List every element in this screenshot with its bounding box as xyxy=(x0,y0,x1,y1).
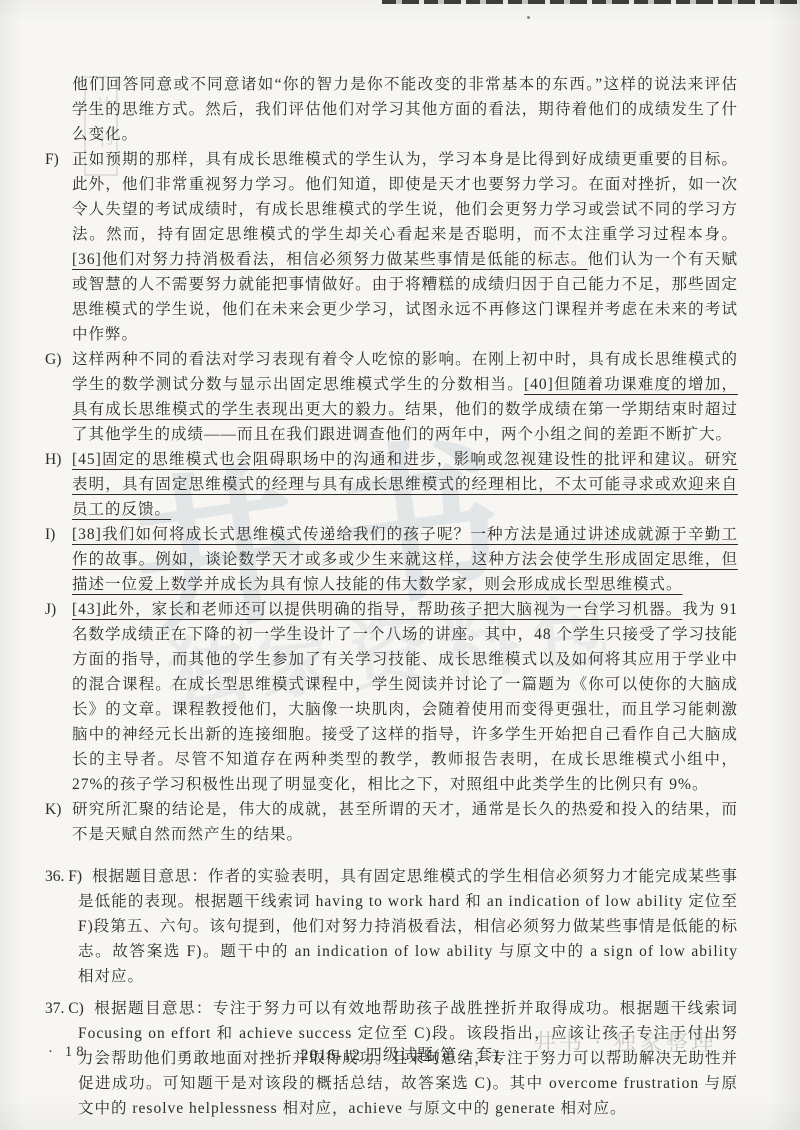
paragraph-label: I) xyxy=(45,522,72,547)
passage-translation-section: 他们回答同意或不同意诸如“你的智力是你不能改变的非常基本的东西。”这样的说法来评… xyxy=(45,72,738,847)
page-footer: · 18 · 2016-12 四级试题(第 2 套) xyxy=(0,1042,800,1066)
answer-explanations-section: 36. F)根据题目意思：作者的实验表明，具有固定思维模式的学生相信必须努力才能… xyxy=(45,864,738,1121)
paragraph-label: H) xyxy=(45,447,72,472)
scanned-exam-page: 井书 井书 独家资料包 井书 · 独家整理 他们回答同意或不同意诸如“你的智力是… xyxy=(0,0,800,1130)
paragraph: 他们回答同意或不同意诸如“你的智力是你不能改变的非常基本的东西。”这样的说法来评… xyxy=(45,72,738,147)
body-text: 研究所汇聚的结论是，伟大的成就，甚至所谓的天才，通常是长久的热爱和投入的结果，而… xyxy=(72,801,738,843)
underlined-text: [43]此外，家长和老师还可以提供明确的指导，帮助孩子把大脑视为一台学习机器。 xyxy=(72,601,682,618)
paragraph-label: F) xyxy=(45,147,72,172)
paragraph-label: G) xyxy=(45,347,72,372)
paragraph: K)研究所汇聚的结论是，伟大的成就，甚至所谓的天才，通常是长久的热爱和投入的结果… xyxy=(45,797,738,847)
page-content: 他们回答同意或不同意诸如“你的智力是你不能改变的非常基本的东西。”这样的说法来评… xyxy=(45,72,738,1121)
underlined-text: [45]固定的思维模式也会阻碍职场中的沟通和进步，影响或忽视建设性的批评和建议。… xyxy=(72,451,738,518)
paragraph-label: 36. F) xyxy=(45,864,92,889)
paragraph-label: K) xyxy=(45,797,72,822)
paragraph: F)正如预期的那样，具有成长思维模式的学生认为，学习本身是比得到好成绩更重要的目… xyxy=(45,147,738,347)
footer-title: 2016-12 四级试题(第 2 套) xyxy=(0,1042,800,1065)
scan-artifact-speck xyxy=(527,16,530,19)
paragraph: J)[43]此外，家长和老师还可以提供明确的指导，帮助孩子把大脑视为一台学习机器… xyxy=(45,597,738,797)
paragraph: G)这样两种不同的看法对学习表现有着令人吃惊的影响。在刚上初中时，具有成长思维模… xyxy=(45,347,738,447)
body-text: 根据题目意思：作者的实验表明，具有固定思维模式的学生相信必须努力才能完成某些事是… xyxy=(78,868,738,985)
paragraph: H)[45]固定的思维模式也会阻碍职场中的沟通和进步，影响或忽视建设性的批评和建… xyxy=(45,447,738,522)
paragraph-label: 37. C) xyxy=(45,996,94,1021)
scan-artifact-top-edge xyxy=(382,0,800,4)
paragraph: I)[38]我们如何将成长式思维模式传递给我们的孩子呢？一种方法是通过讲述成就源… xyxy=(45,522,738,597)
body-text: 他们回答同意或不同意诸如“你的智力是你不能改变的非常基本的东西。”这样的说法来评… xyxy=(72,76,738,143)
body-text: 我为 91 名数学成绩正在下降的初一学生设计了一个八场的讲座。其中，48 个学生… xyxy=(72,601,738,793)
underlined-text: [36]他们对努力持消极看法，相信必须努力做某些事情是低能的标志。 xyxy=(72,251,588,268)
paragraph-label: J) xyxy=(45,597,72,622)
paragraph: 36. F)根据题目意思：作者的实验表明，具有固定思维模式的学生相信必须努力才能… xyxy=(45,864,738,989)
underlined-text: [38]我们如何将成长式思维模式传递给我们的孩子呢？一种方法是通过讲述成就源于辛… xyxy=(72,526,738,593)
body-text: 正如预期的那样，具有成长思维模式的学生认为，学习本身是比得到好成绩更重要的目标。… xyxy=(72,151,738,243)
